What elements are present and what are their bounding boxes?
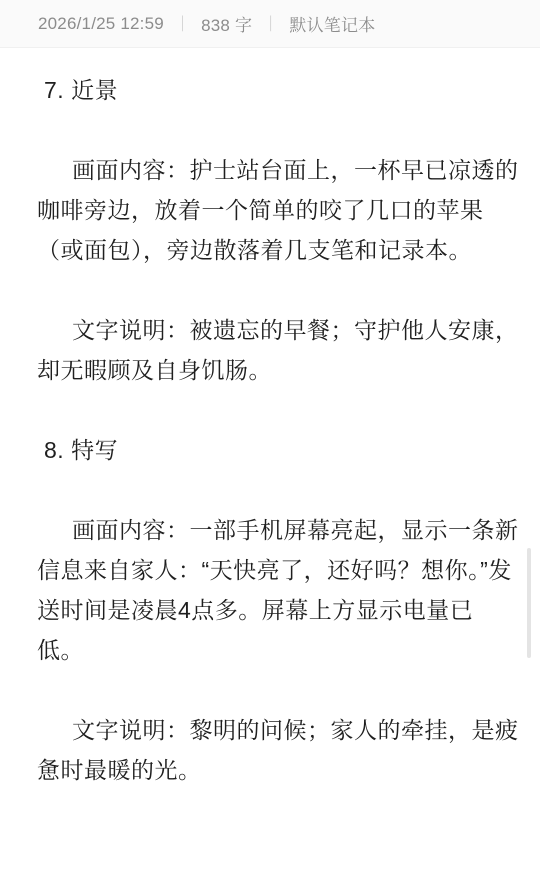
note-datetime: 2026/1/25 12:59	[38, 14, 164, 34]
blank-line[interactable]	[37, 470, 519, 510]
meta-separator: ｜	[263, 12, 278, 34]
note-meta-bar: 2026/1/25 12:59 ｜ 838 字 ｜ 默认笔记本	[0, 0, 540, 48]
blank-line[interactable]	[37, 270, 519, 310]
note-body-editor[interactable]: 7. 近景 画面内容：护士站台面上，一杯早已凉透的咖啡旁边，放着一个简单的咬了几…	[0, 48, 540, 790]
note-word-count: 838 字	[201, 11, 252, 36]
note-notebook-name[interactable]: 默认笔记本	[289, 11, 375, 36]
note-paragraph[interactable]: 文字说明：黎明的问候；家人的牵挂，是疲惫时最暖的光。	[37, 710, 519, 790]
blank-line[interactable]	[37, 670, 519, 710]
note-paragraph[interactable]: 文字说明：被遗忘的早餐；守护他人安康，却无暇顾及自身饥肠。	[37, 310, 519, 390]
blank-line[interactable]	[37, 390, 519, 430]
meta-separator: ｜	[175, 12, 190, 34]
note-editor-screen: 2026/1/25 12:59 ｜ 838 字 ｜ 默认笔记本 7. 近景 画面…	[0, 0, 540, 888]
note-paragraph[interactable]: 画面内容：护士站台面上，一杯早已凉透的咖啡旁边，放着一个简单的咬了几口的苹果（或…	[37, 150, 519, 270]
blank-line[interactable]	[37, 110, 519, 150]
note-heading[interactable]: 7. 近景	[37, 70, 519, 110]
note-heading[interactable]: 8. 特写	[37, 430, 519, 470]
note-paragraph[interactable]: 画面内容：一部手机屏幕亮起，显示一条新信息来自家人：“天快亮了，还好吗？想你。”…	[37, 510, 519, 670]
scrollbar-thumb[interactable]	[527, 548, 531, 658]
